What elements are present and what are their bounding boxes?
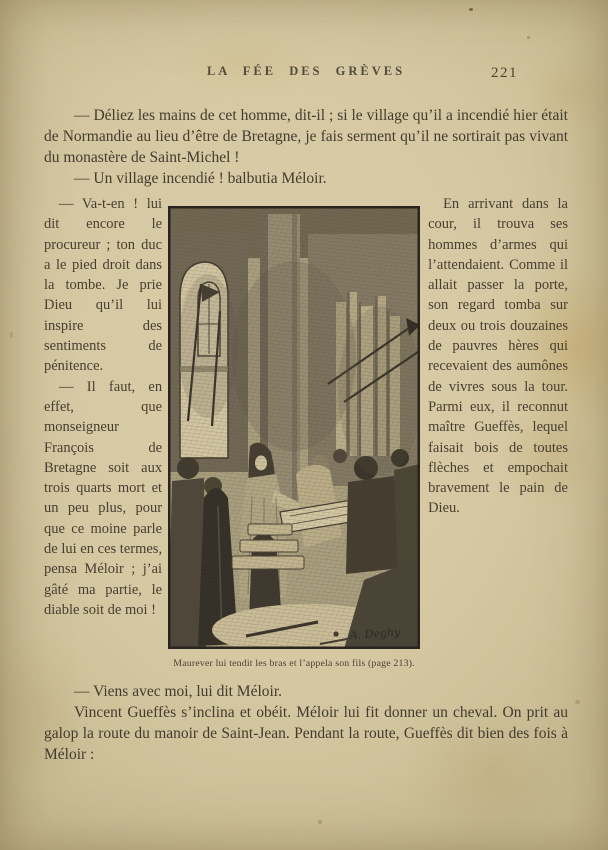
illustration-caption: Maurever lui tendit les bras et l’appela… — [154, 658, 434, 669]
closing-paragraphs: — Viens avec moi, lui dit Méloir. Vincen… — [44, 681, 568, 765]
page-number: 221 — [491, 65, 518, 82]
page-content: LA FÉE DES GRÈVES 221 — Déliez les mains… — [44, 64, 568, 765]
paper-speck — [469, 8, 473, 11]
running-title: LA FÉE DES GRÈVES — [44, 64, 568, 79]
engraving-svg: A. Deghy — [168, 206, 420, 649]
engraving-image: A. Deghy — [168, 206, 420, 649]
paper-speck — [575, 700, 580, 704]
outro-paragraph-1: — Viens avec moi, lui dit Méloir. — [44, 681, 568, 702]
outro-paragraph-2: Vincent Gueffès s’inclina et obéit. Mélo… — [44, 702, 568, 765]
paper-speck — [10, 332, 13, 338]
book-page: LA FÉE DES GRÈVES 221 — Déliez les mains… — [0, 0, 608, 850]
paper-speck — [318, 820, 322, 824]
right-column-paragraph-1: En arrivant dans la cour, il trouva ses … — [428, 194, 568, 519]
intro-paragraph-1: — Déliez les mains de cet homme, dit-il … — [44, 105, 568, 168]
running-header: LA FÉE DES GRÈVES 221 — [44, 64, 568, 82]
text-column-right: En arrivant dans la cour, il trouva ses … — [428, 194, 568, 519]
left-column-paragraph-2: — Il faut, en effet, que monseigneur Fra… — [44, 377, 162, 621]
left-column-paragraph-1: — Va-t-en ! lui dit encore le procureur … — [44, 194, 162, 377]
intro-paragraph-2: — Un village incendié ! balbutia Méloir. — [44, 168, 568, 189]
text-column-left: — Va-t-en ! lui dit encore le procureur … — [44, 194, 162, 620]
illustrated-section: — Va-t-en ! lui dit encore le procureur … — [44, 194, 568, 669]
paper-speck — [527, 36, 530, 39]
illustration-figure: A. Deghy Maurever lui tendit les bras et… — [168, 194, 420, 669]
